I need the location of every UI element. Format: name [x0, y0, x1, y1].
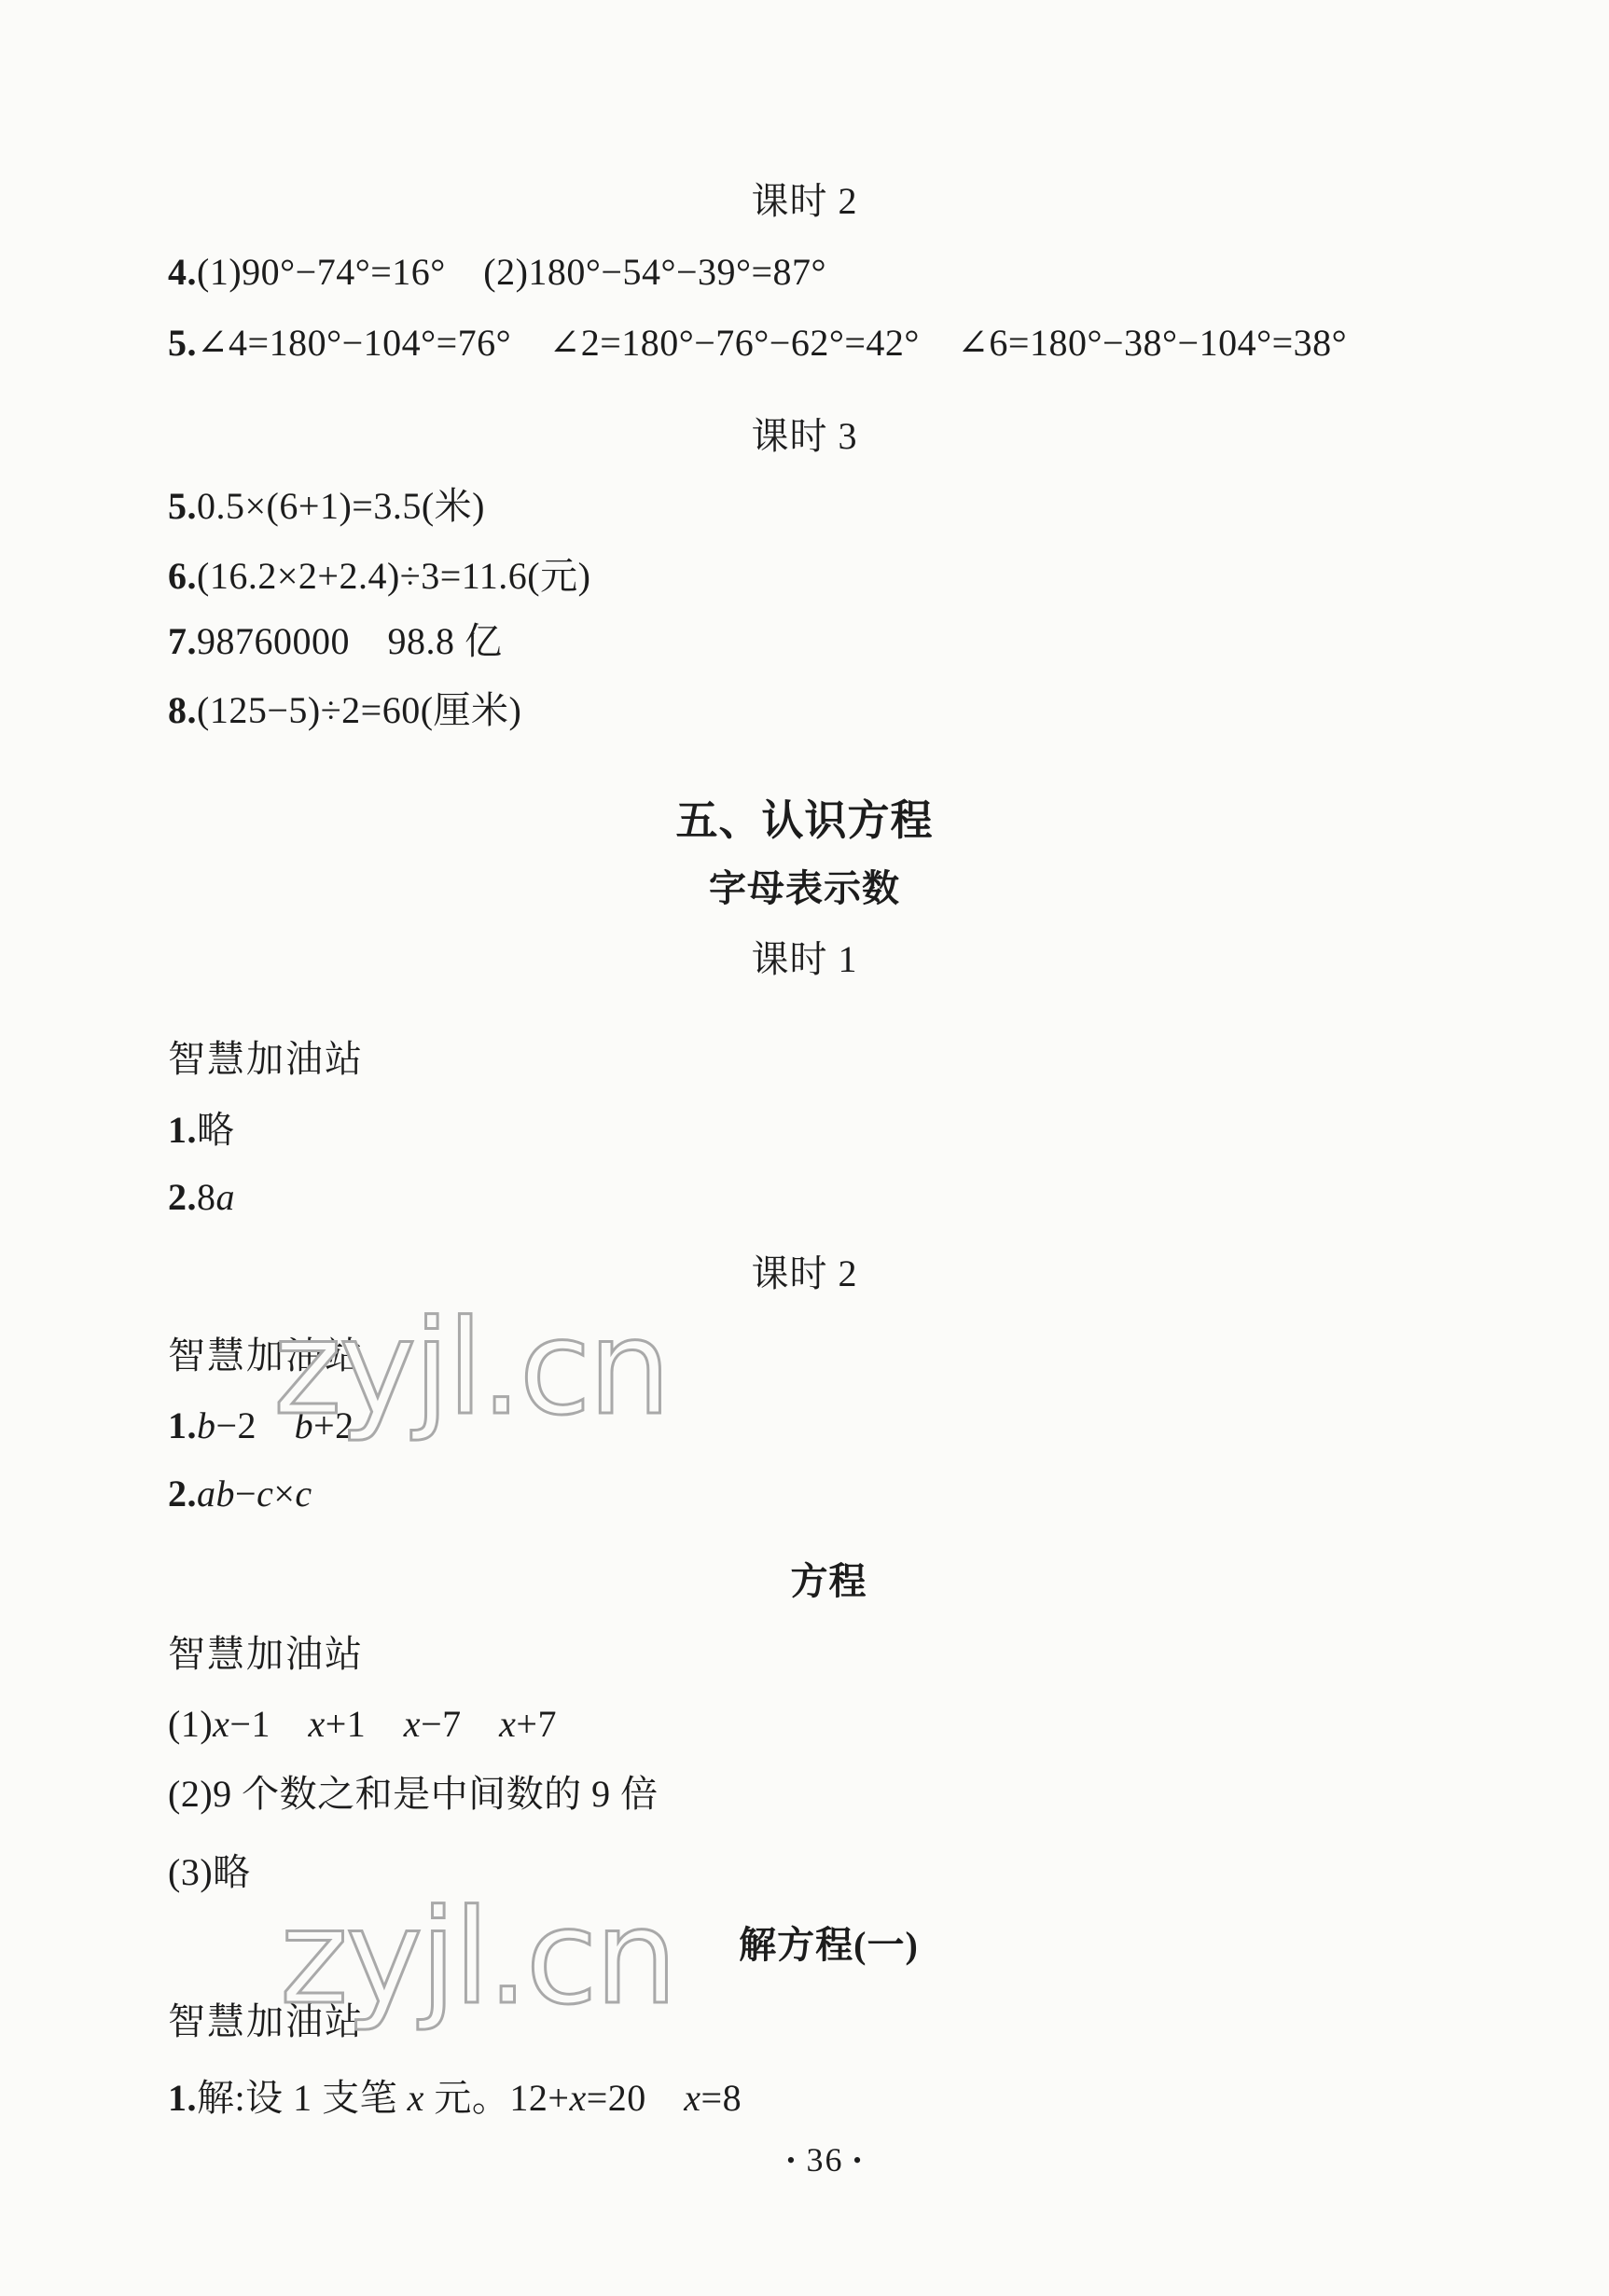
- item-number: 2.: [168, 1473, 197, 1515]
- text-run: ×: [273, 1473, 295, 1515]
- math-variable: x: [569, 2077, 586, 2119]
- math-variable: x: [499, 1703, 516, 1745]
- text-run: −: [235, 1473, 257, 1515]
- text-run: (16.2×2+2.4)÷3=11.6(元): [197, 555, 590, 597]
- text-run: =8: [701, 2077, 742, 2119]
- answer-line: (3)略: [168, 1850, 251, 1895]
- item-number: 1.: [168, 2077, 197, 2119]
- item-number: 5.: [168, 322, 197, 364]
- text-run: (125−5)÷2=60(厘米): [197, 689, 521, 731]
- zyjl-watermark: zyjl.cn: [273, 1304, 668, 1434]
- section-heading: 方程: [24, 1559, 1609, 1604]
- math-variable: x: [684, 2077, 700, 2119]
- page-bullet-icon: •: [777, 2147, 806, 2174]
- answer-line: 4.(1)90°−74°=16° (2)180°−54°−39°=87°: [168, 250, 826, 295]
- math-variable: c: [295, 1473, 312, 1515]
- math-variable: c: [257, 1473, 273, 1515]
- text-run: ∠4=180°−104°=76° ∠2=180°−76°−62°=42° ∠6=…: [197, 322, 1347, 364]
- item-number: 8.: [168, 689, 197, 731]
- math-variable: ab: [197, 1473, 235, 1515]
- text-run: (1): [168, 1703, 213, 1745]
- math-variable: b: [197, 1404, 216, 1446]
- section-heading: 课时 1: [0, 937, 1609, 982]
- text-run: 略: [197, 1109, 235, 1151]
- item-number: 1.: [168, 1109, 197, 1151]
- answer-line: 8.(125−5)÷2=60(厘米): [168, 688, 521, 733]
- text-run: 8: [197, 1176, 216, 1218]
- text-run: 98760000 98.8 亿: [197, 620, 503, 662]
- workbook-answer-page: zyjl.cn zyjl.cn 课时 24.(1)90°−74°=16° (2)…: [0, 0, 1609, 2296]
- math-variable: x: [408, 2077, 424, 2119]
- text-run: +1: [326, 1703, 404, 1745]
- text-run: (2)9 个数之和是中间数的 9 倍: [168, 1773, 659, 1815]
- answer-line: 2.8a: [168, 1175, 235, 1220]
- answer-line: (2)9 个数之和是中间数的 9 倍: [168, 1772, 659, 1817]
- math-variable: x: [308, 1703, 325, 1745]
- text-run: (3)略: [168, 1851, 251, 1893]
- section-heading: 解方程(一): [24, 1923, 1609, 1968]
- section-heading: 课时 2: [0, 179, 1609, 224]
- math-variable: x: [404, 1703, 421, 1745]
- text-run: −7: [421, 1703, 499, 1745]
- math-variable: x: [213, 1703, 229, 1745]
- math-variable: a: [216, 1176, 236, 1218]
- answer-line: 1.略: [168, 1108, 235, 1153]
- zyjl-watermark: zyjl.cn: [280, 1893, 674, 2024]
- text-run: 0.5×(6+1)=3.5(米): [197, 485, 485, 527]
- answer-line: 5.∠4=180°−104°=76° ∠2=180°−76°−62°=42° ∠…: [168, 321, 1347, 366]
- section-heading: 字母表示数: [0, 866, 1609, 911]
- item-number: 5.: [168, 485, 197, 527]
- item-number: 1.: [168, 1404, 197, 1446]
- text-run: =20: [587, 2077, 685, 2119]
- item-number: 4.: [168, 251, 197, 293]
- text-run: +7: [516, 1703, 557, 1745]
- text-run: 解:设 1 支笔: [197, 2077, 408, 2119]
- chapter-heading: 五、认识方程: [0, 796, 1609, 845]
- text-run: (1)90°−74°=16° (2)180°−54°−39°=87°: [197, 251, 826, 293]
- answer-line: 7.98760000 98.8 亿: [168, 619, 503, 664]
- answer-line: (1)x−1 x+1 x−7 x+7: [168, 1702, 557, 1747]
- text-run: −1: [229, 1703, 308, 1745]
- item-number: 6.: [168, 555, 197, 597]
- answer-line: 6.(16.2×2+2.4)÷3=11.6(元): [168, 554, 590, 599]
- text-run: 元。12+: [424, 2077, 570, 2119]
- section-heading: 课时 3: [0, 414, 1609, 459]
- subsection-label: 智慧加油站: [168, 1037, 364, 1082]
- section-heading: 课时 2: [0, 1252, 1609, 1296]
- subsection-label: 智慧加油站: [168, 1632, 364, 1677]
- page-number: •36•: [21, 2141, 1609, 2179]
- answer-line: 2.ab−c×c: [168, 1472, 312, 1516]
- page-bullet-icon: •: [844, 2147, 873, 2174]
- answers-content: 课时 24.(1)90°−74°=16° (2)180°−54°−39°=87°…: [0, 0, 1609, 2296]
- page-number-value: 36: [807, 2141, 844, 2178]
- answer-line: 1.解:设 1 支笔 x 元。12+x=20 x=8: [168, 2076, 742, 2121]
- item-number: 7.: [168, 620, 197, 662]
- item-number: 2.: [168, 1176, 197, 1218]
- answer-line: 5.0.5×(6+1)=3.5(米): [168, 484, 485, 529]
